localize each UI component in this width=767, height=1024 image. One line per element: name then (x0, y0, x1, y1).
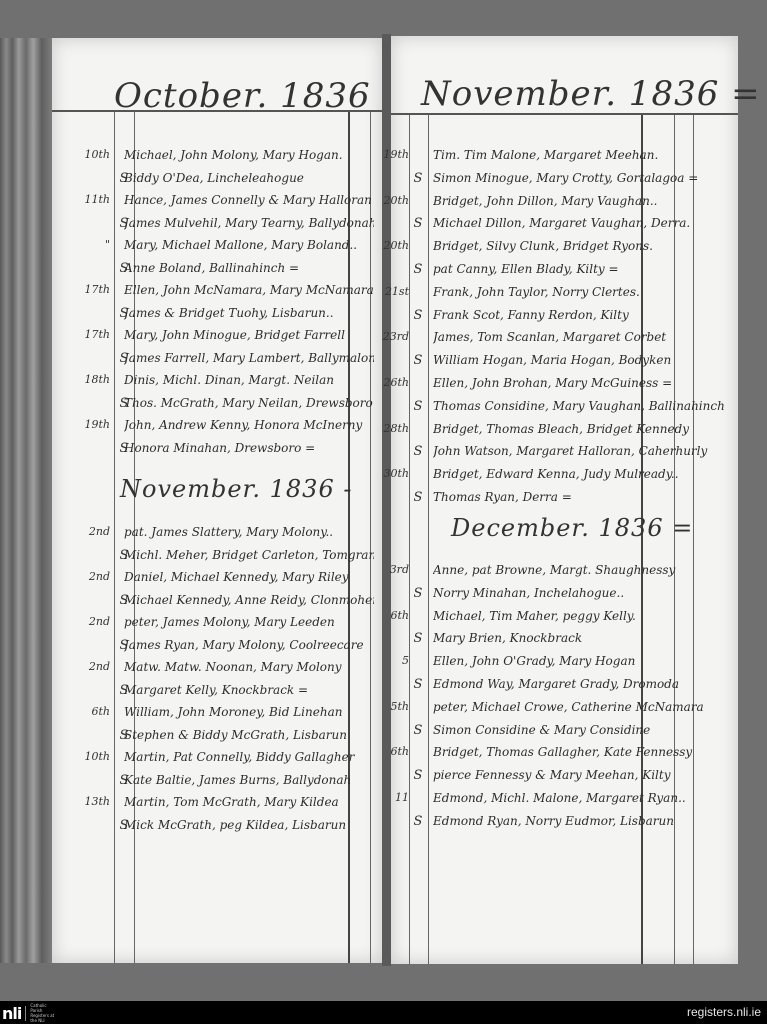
sponsor-mark: S (410, 353, 426, 368)
entry-names: Mick McGrath, peg Kildea, Lisbarun (124, 818, 374, 832)
entry-names: Frank, John Taylor, Norry Clertes. (433, 285, 733, 299)
entry-names: Thomas Considine, Mary Vaughan, Ballinah… (433, 399, 733, 413)
nli-logo-mark: nli (2, 1004, 21, 1023)
site-link[interactable]: registers.nli.ie (687, 1005, 761, 1019)
entry-names: William Hogan, Maria Hogan, Bodyken (433, 353, 733, 367)
register-entry: SSimon Considine & Mary Considine (391, 723, 738, 744)
sponsor-mark: S (410, 723, 426, 738)
entry-date: 18th (74, 373, 110, 386)
entry-date: 6th (74, 705, 110, 718)
register-entry: SStephen & Biddy McGrath, Lisbarun (52, 728, 382, 749)
entry-names: Matw. Matw. Noonan, Mary Molony (124, 660, 374, 674)
entry-date: 2nd (74, 660, 110, 673)
register-entry: SMick McGrath, peg Kildea, Lisbarun (52, 818, 382, 839)
entry-names: Thomas Ryan, Derra = (433, 490, 733, 504)
entry-names: Tim. Tim Malone, Margaret Meehan. (433, 148, 733, 162)
register-entry: 6thBridget, Thomas Gallagher, Kate Fenne… (391, 745, 738, 766)
header-rule (391, 113, 738, 115)
register-entry: SMargaret Kelly, Knockbrack = (52, 683, 382, 704)
entry-date: 13th (74, 795, 110, 808)
register-entry: SMary Brien, Knockbrack (391, 631, 738, 652)
register-entry: 11thHance, James Connelly & Mary Hallora… (52, 193, 382, 214)
register-page-right: November. 1836 = 19thTim. Tim Malone, Ma… (391, 36, 738, 964)
register-entry: SEdmond Ryan, Norry Eudmor, Lisbarun (391, 814, 738, 835)
entry-names: Mary, John Minogue, Bridget Farrell (124, 328, 374, 342)
entry-date: 17th (74, 283, 110, 296)
entry-date: 20th (373, 239, 409, 252)
entry-date: 2nd (74, 525, 110, 538)
entry-names: Bridget, Edward Kenna, Judy Mulready.. (433, 467, 733, 481)
nli-logo[interactable]: nli Catholic Parish Registers at the NLI (2, 1004, 56, 1022)
register-entry: 19thTim. Tim Malone, Margaret Meehan. (391, 148, 738, 169)
entry-names: Anne, pat Browne, Margt. Shaughnessy (433, 563, 733, 577)
entry-names: Mary Brien, Knockbrack (433, 631, 733, 645)
header-rule (52, 110, 382, 112)
entry-names: William, John Moroney, Bid Linehan (124, 705, 374, 719)
entry-names: Daniel, Michael Kennedy, Mary Riley (124, 570, 374, 584)
entry-names: Biddy O'Dea, Lincheleahogue (124, 171, 374, 185)
register-entry: 18thDinis, Michl. Dinan, Margt. Neilan (52, 373, 382, 394)
entry-date: 30th (373, 467, 409, 480)
entry-names: pierce Fennessy & Mary Meehan, Kilty (433, 768, 733, 782)
register-entry: SAnne Boland, Ballinahinch = (52, 261, 382, 282)
entry-names: pat. James Slattery, Mary Molony.. (124, 525, 374, 539)
entry-names: Ellen, John McNamara, Mary McNamara (124, 283, 374, 297)
register-entry: SNorry Minahan, Inchelahogue.. (391, 586, 738, 607)
register-entry: SFrank Scot, Fanny Rerdon, Kilty (391, 308, 738, 329)
register-entry: "Mary, Michael Mallone, Mary Boland.. (52, 238, 382, 259)
entry-date: 6th (373, 609, 409, 622)
entry-names: Stephen & Biddy McGrath, Lisbarun (124, 728, 374, 742)
sponsor-mark: S (410, 490, 426, 505)
register-entry: SSimon Minogue, Mary Crotty, Gortalagoa … (391, 171, 738, 192)
entry-names: Thos. McGrath, Mary Neilan, Drewsboro (124, 396, 374, 410)
entry-date: 19th (74, 418, 110, 431)
entry-names: Anne Boland, Ballinahinch = (124, 261, 374, 275)
image-viewer: October. 1836 = 10thMichael, John Molony… (0, 0, 767, 1001)
entry-names: Simon Minogue, Mary Crotty, Gortalagoa = (433, 171, 733, 185)
entry-names: James & Bridget Tuohy, Lisbarun.. (124, 306, 374, 320)
logo-divider (25, 1006, 26, 1021)
entry-date: 23rd (373, 330, 409, 343)
register-entry: 2ndMatw. Matw. Noonan, Mary Molony (52, 660, 382, 681)
entry-date: 2nd (74, 570, 110, 583)
sponsor-mark: S (410, 768, 426, 783)
entry-date: 2nd (74, 615, 110, 628)
register-entry: 2ndDaniel, Michael Kennedy, Mary Riley (52, 570, 382, 591)
register-entry: SBiddy O'Dea, Lincheleahogue (52, 171, 382, 192)
register-page-left: October. 1836 = 10thMichael, John Molony… (52, 38, 382, 963)
entry-names: Edmond Ryan, Norry Eudmor, Lisbarun (433, 814, 733, 828)
sponsor-mark: S (410, 677, 426, 692)
register-entry: 26thEllen, John Brohan, Mary McGuiness = (391, 376, 738, 397)
register-entry: 6thMichael, Tim Maher, peggy Kelly. (391, 609, 738, 630)
entry-names: James Farrell, Mary Lambert, Ballymalon (124, 351, 374, 365)
entry-names: Ellen, John Brohan, Mary McGuiness = (433, 376, 733, 390)
entry-names: Bridget, Thomas Gallagher, Kate Fennessy (433, 745, 733, 759)
page-title-right: November. 1836 = (421, 74, 761, 114)
entry-names: Michael Kennedy, Anne Reidy, Clonmoher (124, 593, 374, 607)
sponsor-mark: S (410, 399, 426, 414)
register-entry: 10thMartin, Pat Connelly, Biddy Gallaghe… (52, 750, 382, 771)
entry-names: peter, James Molony, Mary Leeden (124, 615, 374, 629)
register-entry: 23rdJames, Tom Scanlan, Margaret Corbet (391, 330, 738, 351)
register-entry: 13thMartin, Tom McGrath, Mary Kildea (52, 795, 382, 816)
sponsor-mark: S (410, 171, 426, 186)
entry-names: Hance, James Connelly & Mary Halloran (124, 193, 374, 207)
sponsor-mark: S (410, 631, 426, 646)
entry-names: John, Andrew Kenny, Honora McInerny (124, 418, 374, 432)
entry-names: Bridget, Thomas Bleach, Bridget Kennedy (433, 422, 733, 436)
entry-date: 26th (373, 376, 409, 389)
register-entry: SWilliam Hogan, Maria Hogan, Bodyken (391, 353, 738, 374)
sponsor-mark: S (410, 444, 426, 459)
entry-names: Margaret Kelly, Knockbrack = (124, 683, 374, 697)
entry-names: Martin, Pat Connelly, Biddy Gallagher (124, 750, 374, 764)
register-entry: 2ndpat. James Slattery, Mary Molony.. (52, 525, 382, 546)
section-title-december: December. 1836 = (451, 514, 693, 542)
register-entry: SEdmond Way, Margaret Grady, Dromoda (391, 677, 738, 698)
entry-names: peter, Michael Crowe, Catherine McNamara (433, 700, 733, 714)
entry-names: Simon Considine & Mary Considine (433, 723, 733, 737)
entry-date: 10th (74, 750, 110, 763)
register-entry: SMichael Kennedy, Anne Reidy, Clonmoher (52, 593, 382, 614)
entry-names: Edmond Way, Margaret Grady, Dromoda (433, 677, 733, 691)
entry-date: 6th (373, 745, 409, 758)
entry-date: 28th (373, 422, 409, 435)
register-entry: 3rdAnne, pat Browne, Margt. Shaughnessy (391, 563, 738, 584)
register-entry: 20thBridget, John Dillon, Mary Vaughan.. (391, 194, 738, 215)
register-entry: SJames & Bridget Tuohy, Lisbarun.. (52, 306, 382, 327)
register-entry: 17thEllen, John McNamara, Mary McNamara (52, 283, 382, 304)
entry-names: Mary, Michael Mallone, Mary Boland.. (124, 238, 374, 252)
register-entry: 19thJohn, Andrew Kenny, Honora McInerny (52, 418, 382, 439)
entry-date: 3rd (373, 563, 409, 576)
entry-names: Michael Dillon, Margaret Vaughan, Derra. (433, 216, 733, 230)
register-entry: 10thMichael, John Molony, Mary Hogan. (52, 148, 382, 169)
sponsor-mark: S (410, 308, 426, 323)
entry-names: Frank Scot, Fanny Rerdon, Kilty (433, 308, 733, 322)
register-entry: 5Ellen, John O'Grady, Mary Hogan (391, 654, 738, 675)
register-entry: SJames Mulvehil, Mary Tearny, Ballydonah (52, 216, 382, 237)
register-entry: Spat Canny, Ellen Blady, Kilty = (391, 262, 738, 283)
entry-names: James Ryan, Mary Molony, Coolreecare (124, 638, 374, 652)
entry-names: James Mulvehil, Mary Tearny, Ballydonah (124, 216, 374, 230)
entry-names: Norry Minahan, Inchelahogue.. (433, 586, 733, 600)
logo-caption: Catholic Parish Registers at the NLI (30, 1003, 56, 1023)
register-entry: 28thBridget, Thomas Bleach, Bridget Kenn… (391, 422, 738, 443)
entry-names: Bridget, John Dillon, Mary Vaughan.. (433, 194, 733, 208)
register-entry: SJames Ryan, Mary Molony, Coolreecare (52, 638, 382, 659)
entry-names: Ellen, John O'Grady, Mary Hogan (433, 654, 733, 668)
entry-date: 11th (74, 193, 110, 206)
register-entry: SThos. McGrath, Mary Neilan, Drewsboro (52, 396, 382, 417)
entry-names: Michael, John Molony, Mary Hogan. (124, 148, 374, 162)
register-entry: 20thBridget, Silvy Clunk, Bridget Ryons. (391, 239, 738, 260)
register-entry: 21stFrank, John Taylor, Norry Clertes. (391, 285, 738, 306)
entry-names: Martin, Tom McGrath, Mary Kildea (124, 795, 374, 809)
viewer-footer: nli Catholic Parish Registers at the NLI… (0, 1001, 767, 1024)
register-entry: SThomas Considine, Mary Vaughan, Ballina… (391, 399, 738, 420)
register-entry: 17thMary, John Minogue, Bridget Farrell (52, 328, 382, 349)
entry-names: Kate Baltie, James Burns, Ballydonah (124, 773, 374, 787)
sponsor-mark: S (410, 262, 426, 277)
register-entry: SHonora Minahan, Drewsboro = (52, 441, 382, 462)
entry-date: 5 (373, 654, 409, 667)
section-title-november: November. 1836 - (120, 475, 352, 503)
entry-names: Edmond, Michl. Malone, Margaret Ryan.. (433, 791, 733, 805)
entry-names: Michael, Tim Maher, peggy Kelly. (433, 609, 733, 623)
sponsor-mark: S (410, 586, 426, 601)
entry-date: 20th (373, 194, 409, 207)
entry-names: James, Tom Scanlan, Margaret Corbet (433, 330, 733, 344)
entry-date: 5th (373, 700, 409, 713)
register-entry: SJames Farrell, Mary Lambert, Ballymalon (52, 351, 382, 372)
entry-names: Dinis, Michl. Dinan, Margt. Neilan (124, 373, 374, 387)
entry-date: 11 (373, 791, 409, 804)
register-entry: SMichl. Meher, Bridget Carleton, Tomgran… (52, 548, 382, 569)
register-entry: SThomas Ryan, Derra = (391, 490, 738, 511)
entry-names: Honora Minahan, Drewsboro = (124, 441, 374, 455)
sponsor-mark: S (410, 814, 426, 829)
sponsor-mark: S (410, 216, 426, 231)
entry-names: John Watson, Margaret Halloran, Caherhur… (433, 444, 733, 458)
entry-date: 19th (373, 148, 409, 161)
register-entry: 6thWilliam, John Moroney, Bid Linehan (52, 705, 382, 726)
register-entry: SKate Baltie, James Burns, Ballydonah (52, 773, 382, 794)
entry-date: 21st (373, 285, 409, 298)
register-entry: SMichael Dillon, Margaret Vaughan, Derra… (391, 216, 738, 237)
register-entry: SJohn Watson, Margaret Halloran, Caherhu… (391, 444, 738, 465)
entry-date: " (74, 238, 110, 251)
entry-names: pat Canny, Ellen Blady, Kilty = (433, 262, 733, 276)
book-gutter (382, 34, 391, 966)
entry-names: Bridget, Silvy Clunk, Bridget Ryons. (433, 239, 733, 253)
register-entry: Spierce Fennessy & Mary Meehan, Kilty (391, 768, 738, 789)
register-entry: 2ndpeter, James Molony, Mary Leeden (52, 615, 382, 636)
register-entry: 11Edmond, Michl. Malone, Margaret Ryan.. (391, 791, 738, 812)
register-entry: 30thBridget, Edward Kenna, Judy Mulready… (391, 467, 738, 488)
entry-date: 17th (74, 328, 110, 341)
entry-date: 10th (74, 148, 110, 161)
entry-names: Michl. Meher, Bridget Carleton, Tomgrane… (124, 548, 374, 562)
register-entry: 5thpeter, Michael Crowe, Catherine McNam… (391, 700, 738, 721)
book-edge-left (0, 38, 52, 963)
